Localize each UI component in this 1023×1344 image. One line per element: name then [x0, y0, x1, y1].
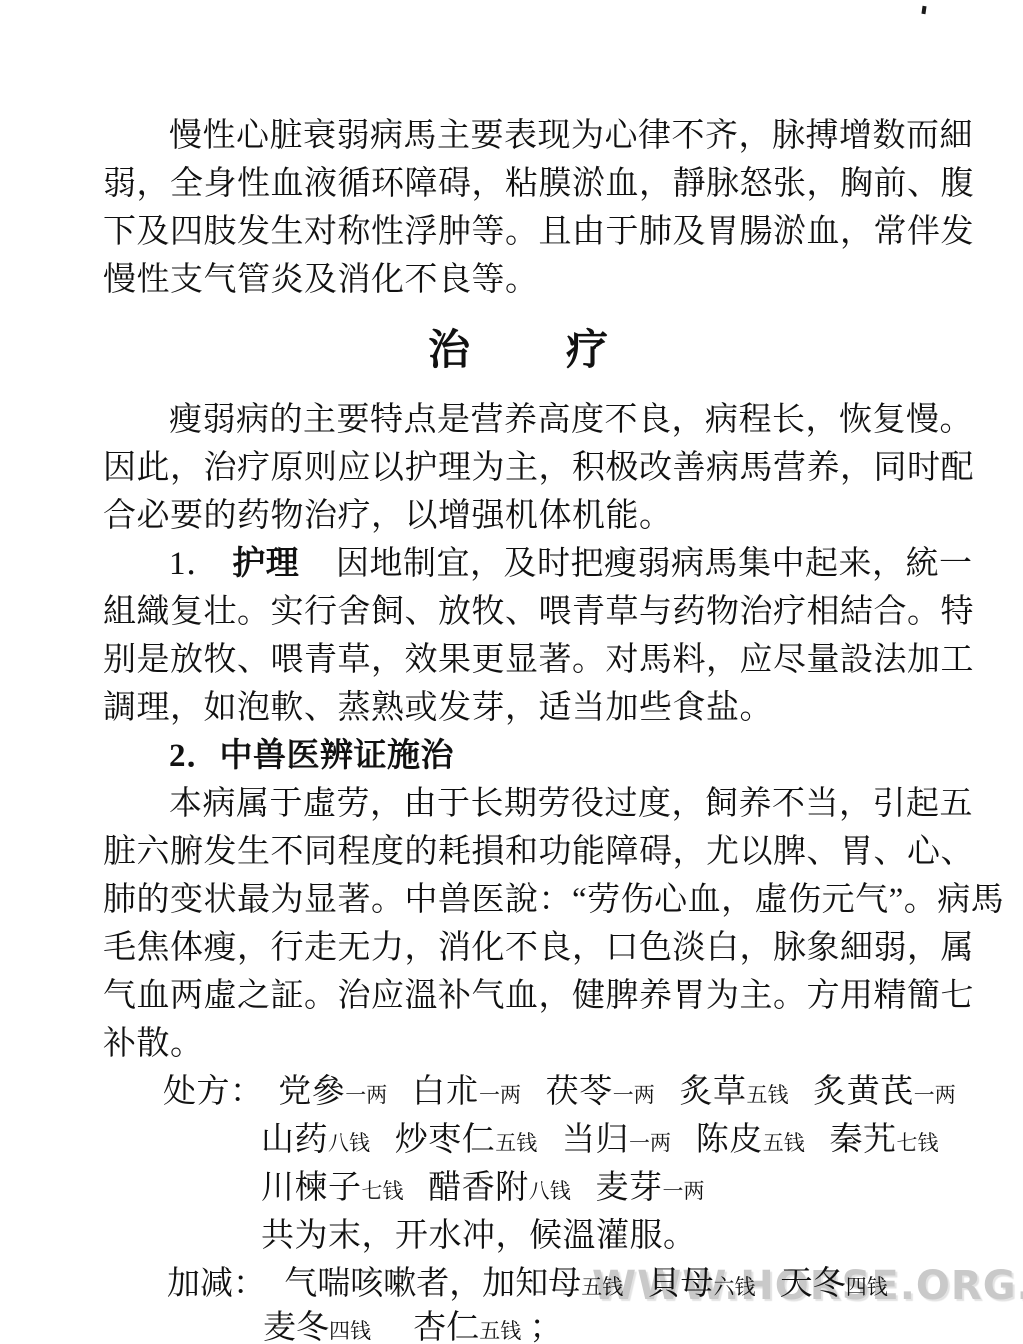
text-line: 本病属于虛劳，由于长期劳役过度，飼养不当，引起五: [103, 780, 933, 828]
drug-dose: 五钱: [581, 1275, 623, 1299]
drug-dose: 五钱: [747, 1083, 789, 1107]
text-line: 毛焦体瘦，行走无力，消化不良，口色淡白，脉象細弱，属: [103, 924, 933, 972]
text-line: 别是放牧、喂青草，效果更显著。对馬料，应尽量設法加工: [103, 636, 933, 684]
title-char: 治: [428, 322, 470, 380]
prescription-closing: 共为末，开水冲，候溫灌服。: [103, 1212, 933, 1260]
section-care: 1． 护理 因地制宜，及时把瘦弱病馬集中起来，統一 組織复壮。实行舍飼、放牧、喂…: [103, 540, 933, 732]
text-line: 調理，如泡軟、蒸熟或发芽，适当加些食盐。: [103, 684, 933, 732]
paragraph-tcm-analysis: 本病属于虛劳，由于长期劳役过度，飼养不当，引起五 脏六腑发生不同程度的耗損和功能…: [103, 780, 933, 1068]
drug-dose: 八钱: [529, 1179, 571, 1203]
section-title-treatment: 治 疗: [103, 322, 933, 380]
drug-name: 炙黄芪: [813, 1074, 914, 1110]
text-block: 慢性心脏衰弱病馬主要表现为心律不齐，脉搏增数而細 弱，全身性血液循环障碍，粘膜淤…: [103, 112, 933, 1344]
drug-dose: 四钱: [329, 1319, 371, 1343]
text-line: 下及四肢发生对称性浮肿等。且由于肺及胃腸淤血，常伴发: [103, 208, 933, 256]
list-number: 1．: [169, 546, 220, 582]
drug-name: 当归: [562, 1122, 629, 1158]
drug-dose: 七钱: [362, 1179, 404, 1203]
text-line: 慢性支气管炎及消化不良等。: [103, 256, 933, 304]
drug-name: 秦艽: [830, 1122, 897, 1158]
drug-name: 麦冬: [263, 1310, 329, 1344]
text-line: 脏六腑发生不同程度的耗損和功能障碍，尤以脾、胃、心、: [103, 828, 933, 876]
drug-dose: 一两: [613, 1083, 655, 1107]
drug-dose: 一两: [663, 1179, 705, 1203]
drug-dose: 四钱: [846, 1275, 888, 1299]
text-line: 气血两虛之証。治应溫补气血，健脾养胃为主。方用精簡七: [103, 972, 933, 1020]
drug-dose: 五钱: [479, 1319, 521, 1343]
paragraph-treatment-principle: 瘦弱病的主要特点是营养高度不良，病程长，恢复慢。 因此，治疗原则应以护理为主，积…: [103, 396, 933, 540]
drug-name: 茯苓: [546, 1074, 613, 1110]
prescription-row: 处方： 党參一两 白朮一两 茯苓一两 炙草五钱 炙黄芪一两: [103, 1068, 933, 1116]
drug-dose: 五钱: [763, 1131, 805, 1155]
text-line: 弱，全身性血液循环障碍，粘膜淤血，靜脉怒张，胸前、腹: [103, 160, 933, 208]
prescription-row: 川楝子七钱 醋香附八钱 麦芽一两: [103, 1164, 933, 1212]
modifications-label: 加减：: [167, 1266, 266, 1302]
punctuation: ；: [530, 1310, 563, 1344]
prescription-block: 处方： 党參一两 白朮一两 茯苓一两 炙草五钱 炙黄芪一两 山药八钱 炒枣仁五钱…: [103, 1068, 933, 1260]
drug-dose: 八钱: [328, 1131, 370, 1155]
drug-name: 陈皮: [696, 1122, 763, 1158]
drug-dose: 一两: [914, 1083, 956, 1107]
drug-dose: 一两: [479, 1083, 521, 1107]
drug-name: 麦芽: [596, 1170, 663, 1206]
drug-dose: 六钱: [714, 1275, 756, 1299]
prescription-label: 处方：: [163, 1074, 264, 1110]
modifications-block: 加减： 气喘咳嗽者，加知母五钱 貝母六钱 天冬四钱 麦冬四钱 杏仁五钱 ；: [103, 1262, 933, 1344]
drug-name: 醋香附: [428, 1170, 529, 1206]
drug-name: 炒枣仁: [395, 1122, 496, 1158]
drug-name: 杏仁: [413, 1310, 479, 1344]
drug-dose: 一两: [629, 1131, 671, 1155]
tcm-heading: 2．中兽医辨证施治: [103, 732, 933, 780]
drug-dose: 五钱: [495, 1131, 537, 1155]
modification-row: 麦冬四钱 杏仁五钱 ；: [103, 1306, 933, 1344]
prescription-row: 山药八钱 炒枣仁五钱 当归一两 陈皮五钱 秦艽七钱: [103, 1116, 933, 1164]
text-run: 气喘咳嗽者，加知母: [284, 1266, 581, 1302]
text-line: 1． 护理 因地制宜，及时把瘦弱病馬集中起来，統一: [103, 540, 933, 588]
text-line: 組織复壮。实行舍飼、放牧、喂青草与药物治疗相結合。特: [103, 588, 933, 636]
text-line: 合必要的药物治疗，以增强机体机能。: [103, 492, 933, 540]
drug-name: 貝母: [648, 1266, 714, 1302]
drug-name: 山药: [261, 1122, 328, 1158]
drug-name: 炙草: [680, 1074, 747, 1110]
text-line: 补散。: [103, 1020, 933, 1068]
drug-name: 川楝子: [261, 1170, 362, 1206]
drug-name: 党參: [278, 1074, 345, 1110]
care-heading: 护理: [232, 546, 299, 582]
text-line: 肺的变状最为显著。中兽医說：“劳伤心血，虛伤元气”。病馬: [103, 876, 933, 924]
text-run: 因地制宜，及时把瘦弱病馬集中起来，統一: [336, 546, 973, 582]
text-line: 瘦弱病的主要特点是营养高度不良，病程长，恢复慢。: [103, 396, 933, 444]
paragraph-chronic-heart: 慢性心脏衰弱病馬主要表现为心律不齐，脉搏增数而細 弱，全身性血液循环障碍，粘膜淤…: [103, 112, 933, 304]
drug-name: 天冬: [780, 1266, 846, 1302]
drug-name: 白朮: [412, 1074, 479, 1110]
title-char: 疗: [566, 322, 608, 380]
text-line: 因此，治疗原则应以护理为主，积极改善病馬营养，同时配: [103, 444, 933, 492]
text-line: 慢性心脏衰弱病馬主要表现为心律不齐，脉搏增数而細: [103, 112, 933, 160]
modification-row: 加减： 气喘咳嗽者，加知母五钱 貝母六钱 天冬四钱: [103, 1262, 933, 1306]
scan-artifact: [921, 6, 926, 14]
drug-dose: 一两: [345, 1083, 387, 1107]
scanned-book-page: WWW.HORSE.ORG.CN 慢性心脏衰弱病馬主要表现为心律不齐，脉搏增数而…: [0, 0, 1023, 1344]
drug-dose: 七钱: [897, 1131, 939, 1155]
